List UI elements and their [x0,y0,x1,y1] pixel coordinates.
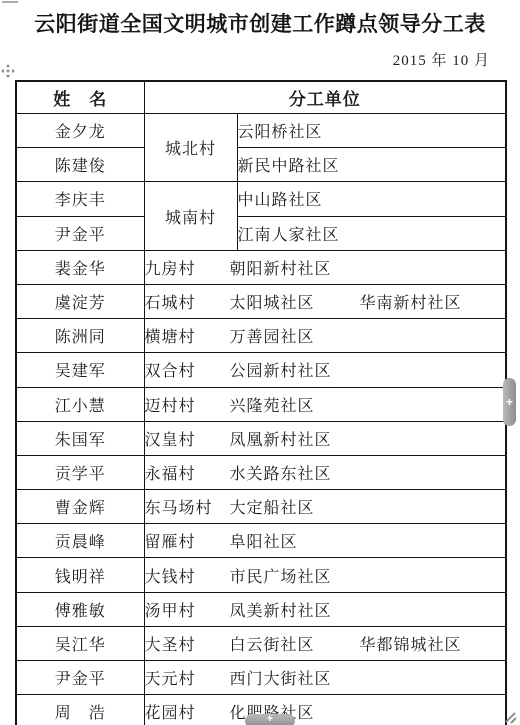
assignment-cell: 石城村太阳城社区华南新村社区 [144,284,506,318]
village-name: 汤甲村 [145,598,230,621]
leader-name: 陈洲同 [16,319,144,353]
village-name: 迈村村 [145,393,230,416]
leader-name: 曹金辉 [16,490,144,524]
table-row: 朱国军汉皇村凤凰新村社区 [16,421,506,455]
community-name: 白云街社区 [230,632,360,655]
community-name: 凤凰新村社区 [230,427,360,450]
village-name: 花园村 [145,700,230,723]
table-row: 钱明祥大钱村市民广场社区 [16,558,506,592]
village-name: 大钱村 [145,564,230,587]
leader-name: 江小慧 [16,387,144,421]
village-name: 东马场村 [145,495,230,518]
assignment-cell: 天元村西门大街社区 [144,661,506,695]
assignment-cell: 大圣村白云街社区华都锦城社区 [144,626,506,660]
village-name: 大圣村 [145,632,230,655]
village-name: 城南村 [144,182,237,250]
community-name: 新民中路社区 [237,148,506,182]
community-name: 太阳城社区 [230,290,360,313]
table-row: 贡晨峰留雁村阜阳社区 [16,524,506,558]
header-unit: 分工单位 [144,81,506,114]
table-row: 吴建军双合村公园新村社区 [16,353,506,387]
assignment-cell: 九房村朝阳新村社区 [144,250,506,284]
village-name: 留雁村 [145,529,230,552]
page-title: 云阳街道全国文明城市创建工作蹲点领导分工表 [0,8,520,38]
leader-name: 朱国军 [16,421,144,455]
add-row-handle[interactable]: + [245,714,295,725]
assignment-cell: 永福村水关路东社区 [144,455,506,489]
community-name: 万善园社区 [230,324,360,347]
table-row: 曹金辉东马场村大定船社区 [16,490,506,524]
community-name: 阜阳社区 [230,529,360,552]
community-name: 大定船社区 [230,495,360,518]
plus-icon: + [267,714,273,724]
table-move-handle-icon[interactable] [1,64,15,78]
table-resize-handle[interactable] [504,711,517,723]
assignment-cell: 双合村公园新村社区 [144,353,506,387]
leader-name: 吴建军 [16,353,144,387]
table-row: 裴金华九房村朝阳新村社区 [16,250,506,284]
leader-name: 贡晨峰 [16,524,144,558]
page-edge-mark [2,1,18,3]
community-name: 凤美新村社区 [230,598,360,621]
village-name: 永福村 [145,461,230,484]
table-row: 傅雅敏汤甲村凤美新村社区 [16,592,506,626]
leader-name: 吴江华 [16,626,144,660]
table-row: 陈建俊新民中路社区 [16,148,506,182]
community-name: 水关路东社区 [230,461,360,484]
community-name: 公园新村社区 [230,358,360,381]
leader-name: 周 浩 [16,695,144,725]
header-name: 姓 名 [16,81,144,114]
community-name: 西门大街社区 [230,666,360,689]
assignment-cell: 留雁村阜阳社区 [144,524,506,558]
village-name: 双合村 [145,358,230,381]
community-name: 云阳桥社区 [237,114,506,148]
table-row: 江小慧迈村村兴隆苑社区 [16,387,506,421]
leader-name: 裴金华 [16,250,144,284]
resize-diagonal-icon [504,712,517,724]
community-name: 兴隆苑社区 [230,393,360,416]
four-way-arrow-icon [1,64,15,78]
table-row: 金夕龙城北村云阳桥社区 [16,114,506,148]
village-name: 九房村 [145,256,230,279]
village-name: 天元村 [145,666,230,689]
table-row: 尹金平江南人家社区 [16,216,506,250]
leader-name: 贡学平 [16,455,144,489]
community-name: 中山路社区 [237,182,506,216]
village-name: 横塘村 [145,324,230,347]
table-row: 虞淀芳石城村太阳城社区华南新村社区 [16,284,506,318]
leader-name: 金夕龙 [16,114,144,148]
village-name: 汉皇村 [145,427,230,450]
leader-name: 李庆丰 [16,182,144,216]
leader-name: 尹金平 [16,216,144,250]
add-column-handle[interactable]: + [503,378,516,426]
assignment-cell: 迈村村兴隆苑社区 [144,387,506,421]
table-row: 李庆丰城南村中山路社区 [16,182,506,216]
community-name: 江南人家社区 [237,216,506,250]
table-row: 陈洲同横塘村万善园社区 [16,319,506,353]
village-name: 城北村 [144,114,237,182]
leader-name: 钱明祥 [16,558,144,592]
table-row: 吴江华大圣村白云街社区华都锦城社区 [16,626,506,660]
leader-name: 尹金平 [16,661,144,695]
assignment-cell: 花园村化肥路社区 [144,695,506,725]
date-label: 2015 年 10 月 [393,49,490,70]
table-header-row: 姓 名 分工单位 [16,81,506,114]
community-name: 华都锦城社区 [360,637,462,654]
community-name: 市民广场社区 [230,564,360,587]
community-name: 华南新村社区 [360,295,462,312]
assignment-cell: 横塘村万善园社区 [144,319,506,353]
leader-name: 傅雅敏 [16,592,144,626]
village-name: 石城村 [145,290,230,313]
community-name: 朝阳新村社区 [230,256,360,279]
assignment-cell: 汤甲村凤美新村社区 [144,592,506,626]
plus-icon: + [506,396,513,408]
assignment-table-body: 姓 名 分工单位 金夕龙城北村云阳桥社区陈建俊新民中路社区李庆丰城南村中山路社区… [16,81,506,725]
assignment-table: 姓 名 分工单位 金夕龙城北村云阳桥社区陈建俊新民中路社区李庆丰城南村中山路社区… [15,80,507,725]
table-row: 尹金平天元村西门大街社区 [16,661,506,695]
assignment-cell: 东马场村大定船社区 [144,490,506,524]
leader-name: 陈建俊 [16,148,144,182]
table-row: 贡学平永福村水关路东社区 [16,455,506,489]
assignment-cell: 汉皇村凤凰新村社区 [144,421,506,455]
assignment-cell: 大钱村市民广场社区 [144,558,506,592]
leader-name: 虞淀芳 [16,284,144,318]
